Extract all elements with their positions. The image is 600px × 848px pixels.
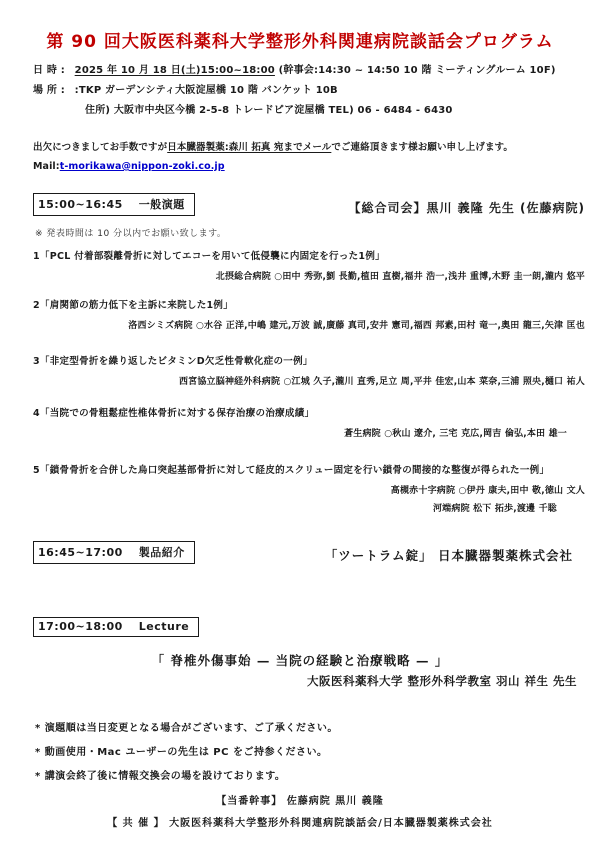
session-time: 16:45~17:00	[38, 546, 123, 559]
talk-authors: 蒼生病院 ○秋山 遼介, 三宅 克広,岡吉 倫弘,本田 雄一	[33, 426, 585, 439]
attendance-notice: 出欠につきましてお手数ですが日本臓器製薬:森川 拓真 宛までメールでご連絡頂きま…	[33, 138, 585, 176]
session-label: Lecture	[139, 620, 189, 633]
talk-title-text: 「当院での骨粗鬆症性椎体骨折に対する保存治療の治療成績」	[40, 408, 314, 419]
session-lecture-header: 17:00~18:00 Lecture	[33, 617, 585, 637]
session-label: 製品紹介	[139, 544, 185, 560]
attendance-text: 出欠につきましてお手数ですが日本臓器製薬:森川 拓真 宛までメールでご連絡頂きま…	[33, 138, 585, 157]
talk-authors: 河端病院 松下 拓歩,渡邊 千聡	[33, 501, 585, 514]
talk-item-4: 4「当院での骨粗鬆症性椎体骨折に対する保存治療の治療成績」 蒼生病院 ○秋山 遼…	[33, 405, 585, 439]
note-line: * 講演会終了後に情報交換会の場を設けております。	[35, 765, 585, 789]
session-general-header: 15:00~16:45 一般演題 【総合司会】黒川 義隆 先生 (佐藤病院)	[33, 193, 585, 216]
session-general-box: 15:00~16:45 一般演題	[33, 193, 195, 216]
event-info: 日 時 : 2025 年 10 月 18 日(土)15:00~18:00 (幹事…	[33, 61, 585, 121]
talk-title: 3「非定型骨折を繰り返したビタミンD欠乏性骨軟化症の一例」	[33, 353, 585, 367]
talk-authors: 洛西シミズ病院 ○水谷 正洋,中嶋 建元,万波 誠,廣藤 真司,安井 憲司,福西…	[33, 318, 585, 331]
venue-line: 場 所 : :TKP ガーデンシティ大阪淀屋橋 10 階 バンケット 10B	[33, 81, 585, 101]
talk-title-text: 「肩関節の筋力低下を主訴に来院した1例」	[40, 300, 233, 311]
notes-list: * 演題順は当日変更となる場合がございます、ご了承ください。 * 動画使用・Ma…	[33, 717, 585, 789]
talk-number: 4	[33, 408, 40, 419]
talk-number: 2	[33, 300, 40, 311]
talk-item-1: 1「PCL 付着部裂離骨折に対してエコーを用いて低侵襲に内固定を行った1例」 北…	[33, 248, 585, 282]
datetime-label: 日 時 :	[33, 61, 65, 81]
talk-title-text: 「PCL 付着部裂離骨折に対してエコーを用いて低侵襲に内固定を行った1例」	[40, 251, 385, 262]
talk-title: 1「PCL 付着部裂離骨折に対してエコーを用いて低侵襲に内固定を行った1例」	[33, 248, 585, 262]
presentation-time-note: ※ 発表時間は 10 分以内でお願い致します。	[35, 226, 585, 239]
talk-item-2: 2「肩関節の筋力低下を主訴に来院した1例」 洛西シミズ病院 ○水谷 正洋,中嶋 …	[33, 297, 585, 331]
venue-value: :TKP ガーデンシティ大阪淀屋橋 10 階 バンケット 10B	[75, 85, 338, 96]
footer-cohost: 【 共 催 】 大阪医科薬科大学整形外科関連病院談話会/日本臓器製薬株式会社	[15, 813, 585, 835]
session-time: 17:00~18:00	[38, 620, 123, 633]
committee-meeting-note: (幹事会:14:30 ~ 14:50 10 階 ミーティングルーム 10F)	[279, 65, 556, 76]
talk-authors: 高槻赤十字病院 ○伊丹 康夫,田中 敬,徳山 文人	[33, 483, 585, 496]
datetime-value: 2025 年 10 月 18 日(土)15:00~18:00	[75, 65, 275, 76]
talk-authors: 北摂総合病院 ○田中 秀弥,劉 長勤,植田 直樹,福井 浩一,浅井 重博,木野 …	[33, 269, 585, 282]
talk-number: 1	[33, 251, 40, 262]
footer-organizer: 【当番幹事】 佐藤病院 黒川 義隆	[15, 791, 585, 813]
session-product-box: 16:45~17:00 製品紹介	[33, 541, 195, 564]
document-title: 第 90 回大阪医科薬科大学整形外科関連病院談話会プログラム	[15, 30, 585, 54]
document-footer: 【当番幹事】 佐藤病院 黒川 義隆 【 共 催 】 大阪医科薬科大学整形外科関連…	[15, 791, 585, 835]
address-line: 住所) 大阪市中央区今橋 2-5-8 トレードピア淀屋橋 TEL) 06 - 6…	[33, 101, 585, 121]
general-chair: 【総合司会】黒川 義隆 先生 (佐藤病院)	[348, 199, 585, 216]
mail-label: Mail:	[33, 161, 60, 172]
talk-title-text: 「非定型骨折を繰り返したビタミンD欠乏性骨軟化症の一例」	[40, 356, 313, 367]
talk-title: 4「当院での骨粗鬆症性椎体骨折に対する保存治療の治療成績」	[33, 405, 585, 419]
email-link[interactable]: t-morikawa@nippon-zoki.co.jp	[60, 161, 225, 172]
talk-authors: 西宮協立脳神経外科病院 ○江城 久子,瀧川 直秀,足立 周,平井 佳宏,山本 菜…	[33, 374, 585, 387]
lecture-title: 「 脊椎外傷事始 — 当院の経験と治療戦略 — 」	[15, 652, 585, 669]
session-lecture-box: 17:00~18:00 Lecture	[33, 617, 199, 637]
talk-number: 5	[33, 465, 40, 476]
attendance-contact: 日本臓器製薬:森川 拓真 宛までメール	[167, 142, 331, 153]
talk-title: 5「鎖骨骨折を合併した烏口突起基部骨折に対して経皮的スクリュー固定を行い鎖骨の間…	[33, 462, 585, 476]
attendance-suffix: でご連絡頂きます様お願い申し上げます。	[331, 142, 513, 153]
note-line: * 演題順は当日変更となる場合がございます、ご了承ください。	[35, 717, 585, 741]
talk-item-5: 5「鎖骨骨折を合併した烏口突起基部骨折に対して経皮的スクリュー固定を行い鎖骨の間…	[33, 462, 585, 514]
attendance-prefix: 出欠につきましてお手数ですが	[33, 142, 167, 153]
mail-line: Mail:t-morikawa@nippon-zoki.co.jp	[33, 157, 585, 176]
venue-label: 場 所 :	[33, 81, 65, 101]
datetime-line: 日 時 : 2025 年 10 月 18 日(土)15:00~18:00 (幹事…	[33, 61, 585, 81]
talk-number: 3	[33, 356, 40, 367]
lecture-speaker: 大阪医科薬科大学 整形外科学教室 羽山 祥生 先生	[33, 674, 585, 689]
note-line: * 動画使用・Mac ユーザーの先生は PC をご持参ください。	[35, 741, 585, 765]
talk-title: 2「肩関節の筋力低下を主訴に来院した1例」	[33, 297, 585, 311]
program-document: 第 90 回大阪医科薬科大学整形外科関連病院談話会プログラム 日 時 : 202…	[0, 0, 600, 848]
talk-title-text: 「鎖骨骨折を合併した烏口突起基部骨折に対して経皮的スクリュー固定を行い鎖骨の間接…	[40, 465, 549, 476]
session-label: 一般演題	[139, 196, 185, 212]
product-name: 「ツートラム錠」 日本臓器製薬株式会社	[325, 546, 585, 564]
session-product-header: 16:45~17:00 製品紹介 「ツートラム錠」 日本臓器製薬株式会社	[33, 541, 585, 564]
session-time: 15:00~16:45	[38, 198, 123, 211]
talk-item-3: 3「非定型骨折を繰り返したビタミンD欠乏性骨軟化症の一例」 西宮協立脳神経外科病…	[33, 353, 585, 387]
